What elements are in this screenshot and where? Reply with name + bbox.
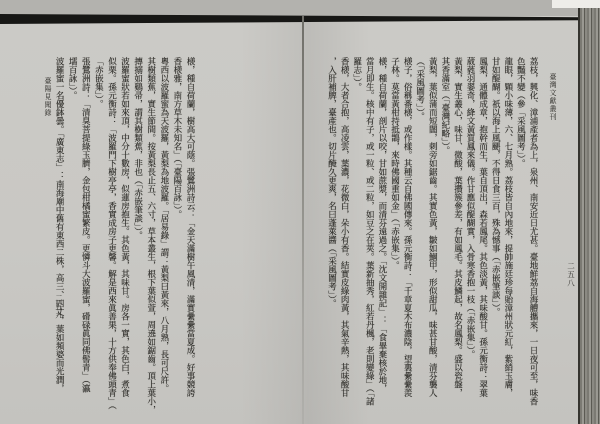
text-column-5: 鳳梨，通體成章，抱幹而生，葉自頂出，森若鳳尾。其色淡黃，其味酸甘。孫元衡詩：翠葉 [478, 57, 488, 423]
text-column-9: 黃梨，葉似蒲而短闊，刺旁如鋸齒。其實色黃，皺如鯝甲，形似甜瓜，味甚甘酸，清芬襲人 [427, 57, 437, 423]
left-page-text-block: 檨，種自荷蘭，樹高大可蔭。張鷺洲詩云：「金天滿樹午風清，滿實纍纍當夏成。好事競誇… [51, 57, 195, 423]
text-column-13: 檨，種自荷蘭，剖片以咬，甘如蔗漿，而清芬遠過之。「沈文開雜記」：「食畢棄核於地， [377, 57, 387, 423]
scanned-book-spread: 臺灣文獻叢刊 二五八 荔枝，興化、漳浦產者為上，泉州、南安近日尤甚。臺地鮮荔自海… [0, 0, 600, 424]
text-column-4: 甘如醍醐。祇以海上風颶，不得日食三百，殊為憾事（「赤嵌筆談」）。 [490, 57, 500, 423]
text-column-6: 葳蕤羽翣奇，絳文黃質鳳來儀。作甘應似醍醐實，入骨寒香抱一枝（「赤嵌集」）。 [465, 57, 475, 423]
text-column-15: 羅志」）。 [352, 57, 362, 423]
text-column-12: 子林。莫當黃柑持抵鵲，來時佛國重如金」（「赤嵌集」）。 [389, 57, 399, 423]
text-column-6: 波羅蜜狀若如來頂，中分十數房，似蓮房抱生。其色黃，其味甘。房各一實，其色白，煮食 [120, 57, 130, 423]
text-column-2: 色豔不變（參「采風圖考」）。 [515, 57, 525, 423]
right-page-text-block: 荔枝，興化、漳浦產者為上，泉州、南安近日尤甚。臺地鮮荔自海艚攜來，一日夜可至，味… [324, 57, 538, 423]
text-column-10: 壖百詠」）。 [67, 57, 77, 423]
text-column-11: 檨子，俗稱番檨，或作樣。其種云自佛國傳來。孫元衡詩：「千章夏木布濃陰，望裏纍纍羨 [402, 57, 412, 423]
text-column-14: 當月即生。核中有子，或一粒、或二粒，如豆之在莢。葉新抽秀，紅若丹楓，老則變綠」（… [364, 57, 374, 423]
text-column-10: （「采風圖考」）。 [415, 57, 425, 423]
text-column-1: 荔枝，興化、漳浦產者為上，泉州、南安近日尤甚。臺地鮮荔自海艚攜來，一日夜可至，味… [528, 57, 538, 423]
text-column-1: 檨，種自荷蘭，樹高大可蔭。張鷺洲詩云：「金天滿樹午風清，滿實纍纍當夏成。好事競誇 [185, 57, 195, 423]
text-column-2: 香檨雅，南方草木未知名」（「臺陽百詠」）。 [172, 57, 182, 423]
text-column-16: 香檨，大者合抱，高凌雲，葉濃，花微白，朵小有香。結實皮綠肉黃，其氣辛熱，其味酸甘 [339, 57, 349, 423]
series-running-head: 臺灣文獻叢刊 [549, 73, 557, 121]
right-page-number: 二五八 [566, 262, 575, 288]
page-gutter-line [302, 16, 304, 424]
text-column-7: 似栗。孫元衡詩：「波羅門下樹亭亭，香實成房子更馨。解是西來眞善果，十方供奉佛頭青… [106, 57, 116, 423]
scan-corner-gap [552, 0, 600, 8]
text-column-8: 「赤嵌集」）。 [93, 57, 103, 423]
text-column-3: 粵西以波羅蜜為天波羅，黃梨為地波羅。「居易錄」謂：黃梨曰黃來，八月熟，長可尺許。 [159, 57, 169, 423]
text-column-7: 黃梨，實生叢心，味甘、微酸，葉攢簇參差，有如鳳毛。其皮鱗起，故名鳳梨。盛以瓷盤， [452, 57, 462, 423]
book-edge-band [580, 8, 600, 424]
text-column-8: 其香滿室（「臺灣紀略」）。 [440, 57, 450, 423]
text-column-5: 摶搦如鷄帚，謂其樹類蕉，非也（「赤嵌筆談」）。 [133, 57, 143, 423]
text-column-4: 其樹類蕉，實生節間。按黃梨長止五、六寸，草本叢生，根下葉似萱，周遶如鋸齒。頂上葉… [146, 57, 156, 423]
text-column-11: 波羅蜜一名優鉢曇。「廣東志」：南海廟中舊有東西二株，高三、四丈，葉如頻婆而光潤， [54, 57, 64, 423]
text-column-9: 張鷺洲詩：「清臭菩提綠玉臍，金包柑橘蜜繁皮。更憐斗大波羅蜜，磆碌眞同佛髻青」（瀛 [80, 57, 90, 423]
text-column-3: 龍眼，顆小味薄，六、七月熟。荔枝皆自內地來，提帥施廷珍每貽漳州狀元紅，紫綃玉膚， [503, 57, 513, 423]
text-column-17: ，入肝補脾，臺產也。切片醃久更爽，名曰蓬萊醬（「采風圖考」）。 [327, 57, 337, 423]
